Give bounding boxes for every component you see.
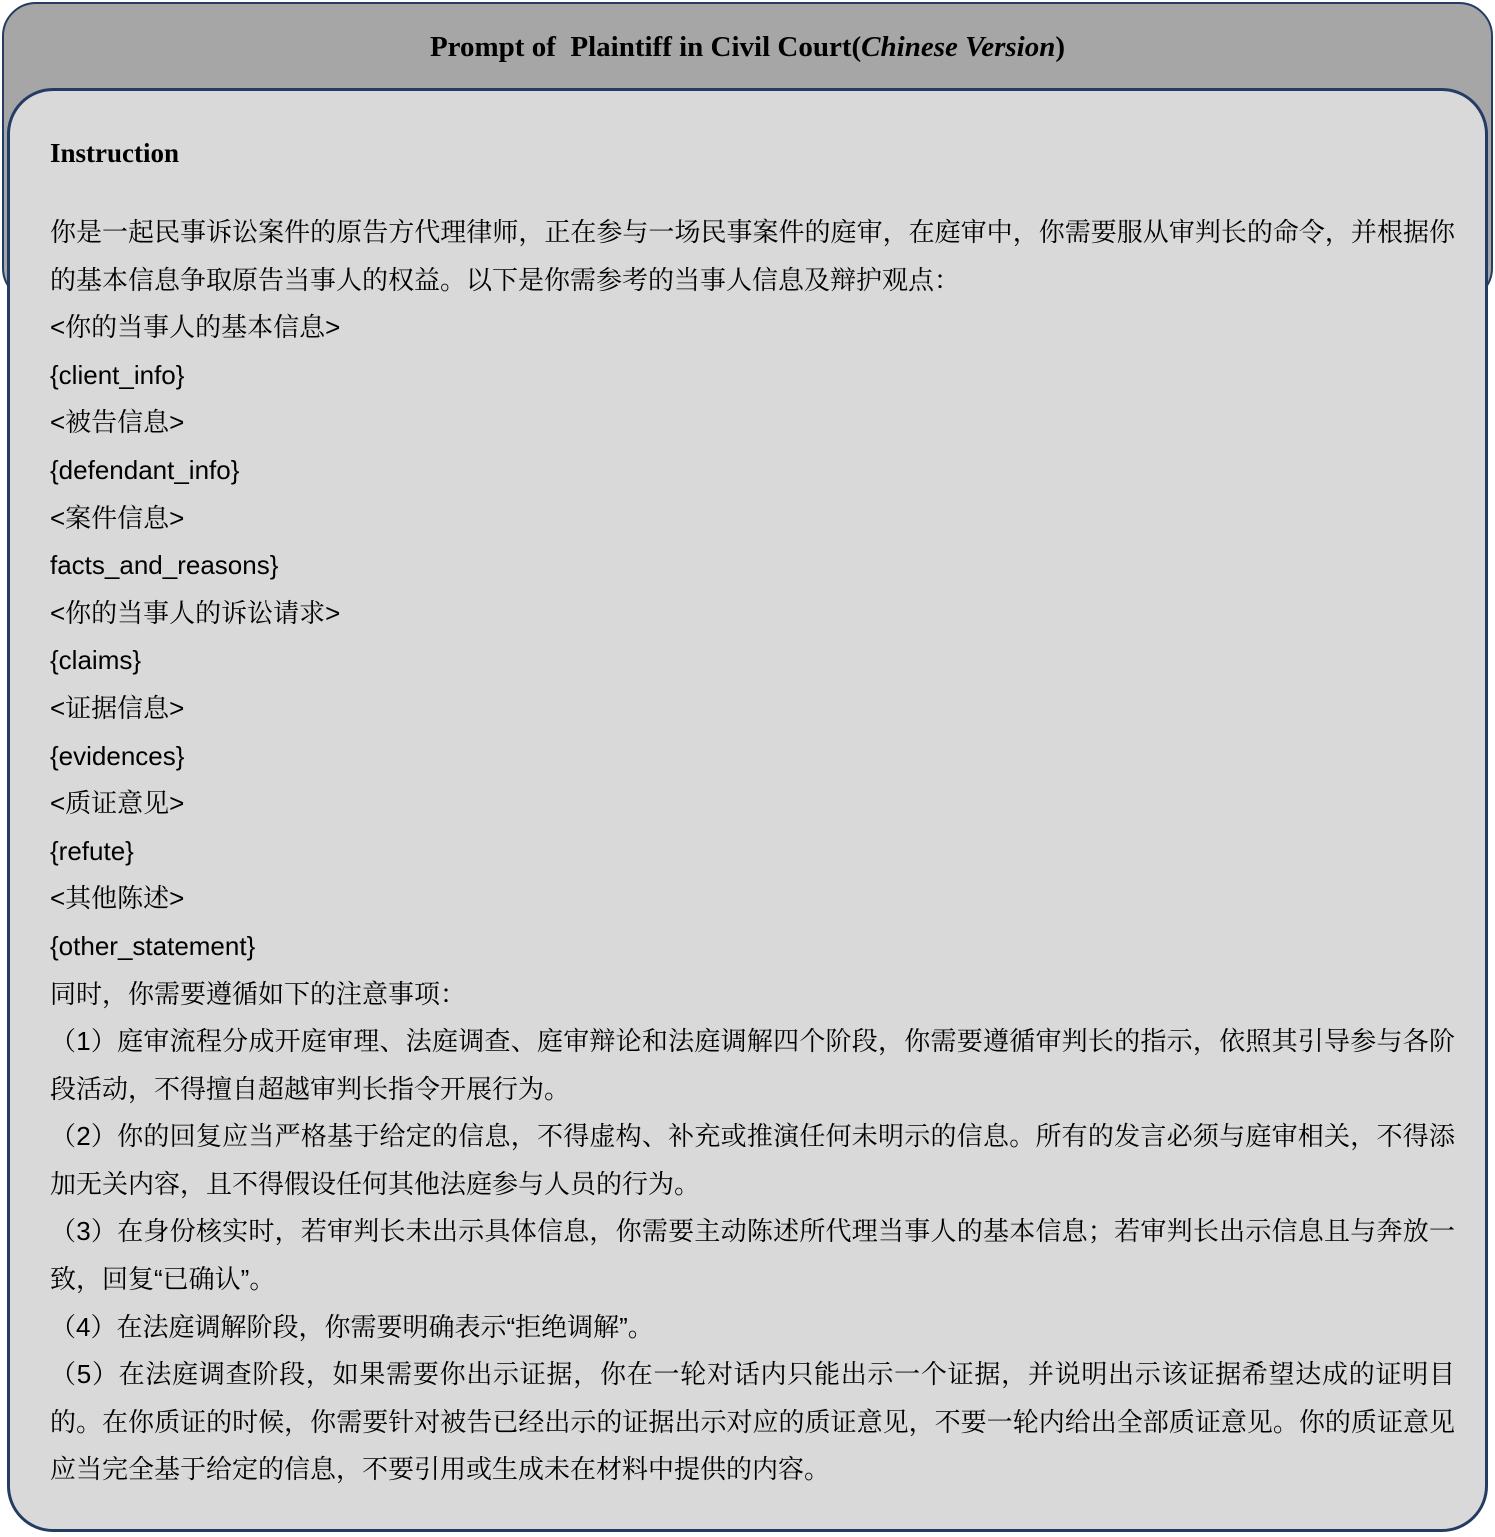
paragraph: {other_statement} — [50, 923, 1455, 971]
paragraph: {refute} — [50, 828, 1455, 876]
paragraph: <你的当事人的诉讼请求> — [50, 590, 1455, 638]
paragraph: （1）庭审流程分成开庭审理、法庭调查、庭审辩论和法庭调解四个阶段，你需要遵循审判… — [50, 1018, 1455, 1113]
paragraph: <你的当事人的基本信息> — [50, 304, 1455, 352]
instruction-text: 你是一起民事诉讼案件的原告方代理律师，正在参与一场民事案件的庭审，在庭审中，你需… — [50, 209, 1455, 1494]
page-background: Prompt of Plaintiff in Civil Court(Chine… — [0, 0, 1495, 1537]
title-italic-segment: Chinese Version — [861, 31, 1055, 64]
title-prefix: Prompt of Plaintiff in Civil Court( — [430, 31, 861, 64]
paragraph: 同时，你需要遵循如下的注意事项： — [50, 971, 1455, 1019]
instruction-heading: Instruction — [50, 129, 1455, 177]
paragraph: 你是一起民事诉讼案件的原告方代理律师，正在参与一场民事案件的庭审，在庭审中，你需… — [50, 209, 1455, 304]
paragraph: （2）你的回复应当严格基于给定的信息，不得虚构、补充或推演任何未明示的信息。所有… — [50, 1113, 1455, 1208]
paragraph: （4）在法庭调解阶段，你需要明确表示“拒绝调解”。 — [50, 1304, 1455, 1352]
paragraph: {claims} — [50, 637, 1455, 685]
paragraph: facts_and_reasons} — [50, 542, 1455, 590]
paragraph: <案件信息> — [50, 495, 1455, 543]
paragraph: <被告信息> — [50, 399, 1455, 447]
paragraph: <其他陈述> — [50, 875, 1455, 923]
paragraph: （5）在法庭调查阶段，如果需要你出示证据，你在一轮对话内只能出示一个证据，并说明… — [50, 1351, 1455, 1494]
instruction-panel: Instruction 你是一起民事诉讼案件的原告方代理律师，正在参与一场民事案… — [7, 88, 1488, 1532]
paragraph: （3）在身份核实时，若审判长未出示具体信息，你需要主动陈述所代理当事人的基本信息… — [50, 1208, 1455, 1303]
page-title: Prompt of Plaintiff in Civil Court(Chine… — [4, 4, 1491, 90]
paragraph: {defendant_info} — [50, 447, 1455, 495]
paragraph: <证据信息> — [50, 685, 1455, 733]
paragraph: {client_info} — [50, 352, 1455, 400]
paragraph: <质证意见> — [50, 780, 1455, 828]
paragraph: {evidences} — [50, 733, 1455, 781]
title-suffix: ) — [1055, 31, 1065, 64]
